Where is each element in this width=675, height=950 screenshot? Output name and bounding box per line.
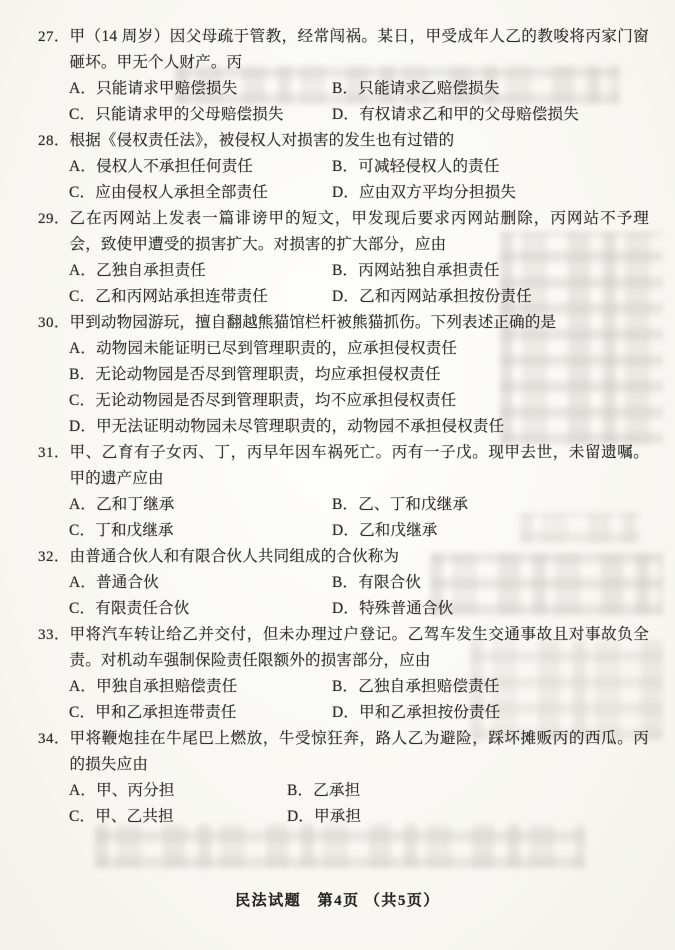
option-b: B．丙网站独自承担责任 bbox=[332, 258, 649, 284]
option-d: D．甲无法证明动物园未尽管理职责的，动物园不承担侵权责任 bbox=[69, 414, 649, 440]
option-a: A．只能请求甲赔偿损失 bbox=[69, 76, 332, 102]
question-text: 甲（14 周岁）因父母疏于管教，经常闯祸。某日，甲受成年人乙的教唆将丙家门窗砸坏… bbox=[70, 24, 649, 76]
question-text: 甲将汽车转让给乙并交付，但未办理过户登记。乙驾车发生交通事故且对事故负全责。对机… bbox=[70, 622, 649, 674]
question-text: 根据《侵权责任法》，被侵权人对损害的发生也有过错的 bbox=[70, 128, 649, 154]
question-text: 甲到动物园游玩，擅自翻越熊猫馆栏杆被熊猫抓伤。下列表述正确的是 bbox=[70, 310, 649, 336]
option-c: C．甲和乙承担连带责任 bbox=[69, 700, 332, 726]
option-a: A．侵权人不承担任何责任 bbox=[69, 154, 332, 180]
option-d: D．甲承担 bbox=[287, 804, 649, 830]
question-27: 27． 甲（14 周岁）因父母疏于管教，经常闯祸。某日，甲受成年人乙的教唆将丙家… bbox=[38, 24, 649, 128]
option-b: B．乙独自承担赔偿责任 bbox=[332, 674, 649, 700]
option-c: C．甲、乙共担 bbox=[69, 804, 287, 830]
scan-artifact bbox=[95, 824, 585, 868]
option-c: C．应由侵权人承担全部责任 bbox=[69, 180, 332, 206]
question-list: 27． 甲（14 周岁）因父母疏于管教，经常闯祸。某日，甲受成年人乙的教唆将丙家… bbox=[38, 24, 649, 830]
option-b: B．有限合伙 bbox=[332, 570, 649, 596]
question-28: 28． 根据《侵权责任法》，被侵权人对损害的发生也有过错的 A．侵权人不承担任何… bbox=[38, 128, 649, 206]
question-number: 30． bbox=[38, 310, 70, 336]
question-32: 32． 由普通合伙人和有限合伙人共同组成的合伙称为 A．普通合伙 B．有限合伙 … bbox=[38, 544, 649, 622]
option-c: C．无论动物园是否尽到管理职责，均不应承担侵权责任 bbox=[69, 388, 649, 414]
question-30: 30． 甲到动物园游玩，擅自翻越熊猫馆栏杆被熊猫抓伤。下列表述正确的是 A．动物… bbox=[38, 310, 649, 440]
option-b: B．乙承担 bbox=[287, 778, 649, 804]
option-a: A．甲、丙分担 bbox=[69, 778, 287, 804]
option-b: B．可减轻侵权人的责任 bbox=[332, 154, 649, 180]
option-d: D．特殊普通合伙 bbox=[332, 596, 649, 622]
option-a: A．甲独自承担赔偿责任 bbox=[69, 674, 332, 700]
exam-page: 27． 甲（14 周岁）因父母疏于管教，经常闯祸。某日，甲受成年人乙的教唆将丙家… bbox=[0, 0, 675, 950]
option-a: A．乙独自承担责任 bbox=[69, 258, 332, 284]
option-b: B．乙、丁和戊继承 bbox=[332, 492, 649, 518]
option-c: C．有限责任合伙 bbox=[69, 596, 332, 622]
page-footer: 民法试题 第4页 （共5页） bbox=[0, 889, 675, 910]
option-d: D．应由双方平均分担损失 bbox=[332, 180, 649, 206]
question-number: 33． bbox=[38, 622, 70, 648]
question-text: 甲将鞭炮挂在牛尾巴上燃放，牛受惊狂奔，路人乙为避险，踩坏摊贩丙的西瓜。丙的损失应… bbox=[70, 726, 649, 778]
option-c: C．只能请求甲的父母赔偿损失 bbox=[69, 102, 332, 128]
option-d: D．乙和丙网站承担按份责任 bbox=[332, 284, 649, 310]
question-number: 28． bbox=[38, 128, 70, 154]
option-b: B．无论动物园是否尽到管理职责，均应承担侵权责任 bbox=[69, 362, 649, 388]
option-a: A．动物园未能证明已尽到管理职责的，应承担侵权责任 bbox=[69, 336, 649, 362]
question-number: 27． bbox=[38, 24, 70, 50]
question-33: 33． 甲将汽车转让给乙并交付，但未办理过户登记。乙驾车发生交通事故且对事故负全… bbox=[38, 622, 649, 726]
question-31: 31． 甲、乙育有子女丙、丁，丙早年因车祸死亡。丙有一子戊。现甲去世，未留遗嘱。… bbox=[38, 440, 649, 544]
question-number: 34． bbox=[38, 726, 70, 752]
question-text: 乙在丙网站上发表一篇诽谤甲的短文，甲发现后要求丙网站删除，丙网站不予理会，致使甲… bbox=[70, 206, 649, 258]
question-text: 由普通合伙人和有限合伙人共同组成的合伙称为 bbox=[70, 544, 649, 570]
question-number: 31． bbox=[38, 440, 70, 466]
option-a: A．普通合伙 bbox=[69, 570, 332, 596]
question-number: 29． bbox=[38, 206, 70, 232]
question-number: 32． bbox=[38, 544, 70, 570]
option-b: B．只能请求乙赔偿损失 bbox=[332, 76, 649, 102]
option-a: A．乙和丁继承 bbox=[69, 492, 332, 518]
question-29: 29． 乙在丙网站上发表一篇诽谤甲的短文，甲发现后要求丙网站删除，丙网站不予理会… bbox=[38, 206, 649, 310]
question-text: 甲、乙育有子女丙、丁，丙早年因车祸死亡。丙有一子戊。现甲去世，未留遗嘱。甲的遗产… bbox=[70, 440, 649, 492]
option-c: C．丁和戊继承 bbox=[69, 518, 332, 544]
option-d: D．有权请求乙和甲的父母赔偿损失 bbox=[332, 102, 649, 128]
option-d: D．乙和戊继承 bbox=[332, 518, 649, 544]
option-d: D．甲和乙承担按份责任 bbox=[332, 700, 649, 726]
option-c: C．乙和丙网站承担连带责任 bbox=[69, 284, 332, 310]
question-34: 34． 甲将鞭炮挂在牛尾巴上燃放，牛受惊狂奔，路人乙为避险，踩坏摊贩丙的西瓜。丙… bbox=[38, 726, 649, 830]
